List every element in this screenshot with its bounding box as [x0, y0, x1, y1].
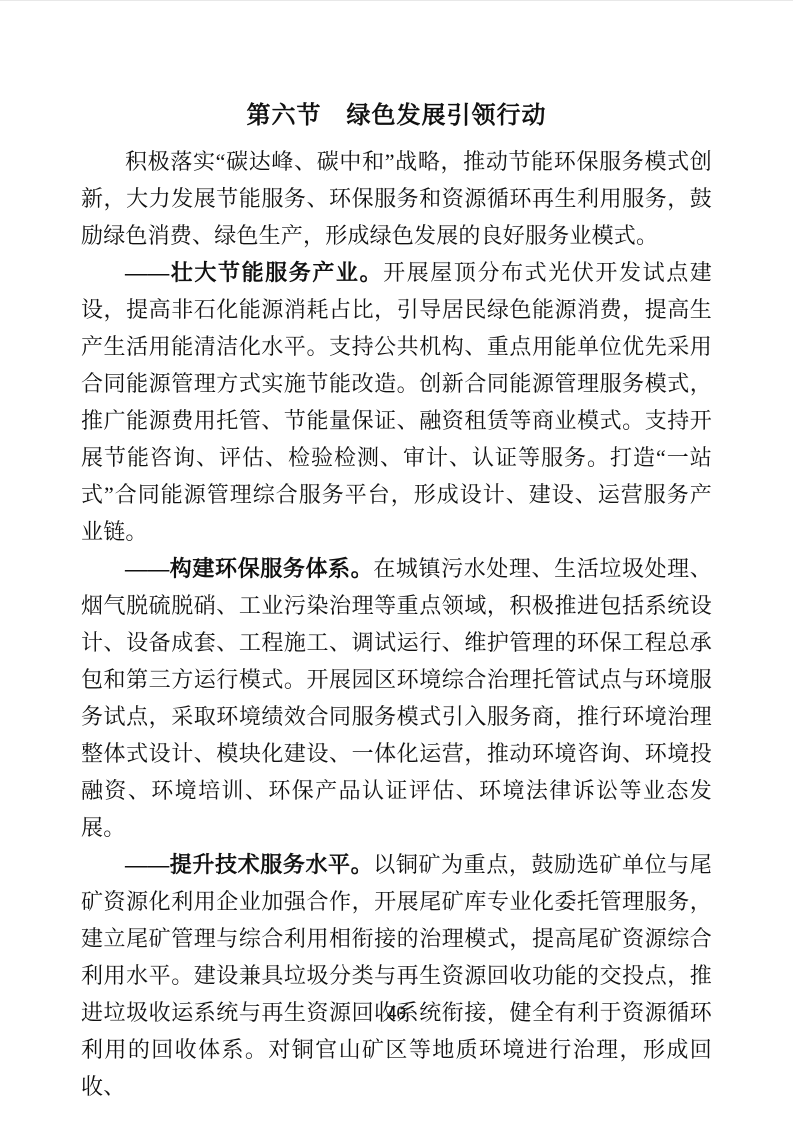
paragraph-lead: ——提升技术服务水平。: [125, 852, 373, 877]
paragraph-lead: ——构建环保服务体系。: [125, 556, 373, 581]
body-paragraph-intro: 积极落实“碳达峰、碳中和”战略，推动节能环保服务模式创新，大力发展节能服务、环保…: [81, 143, 712, 254]
body-paragraph-technical-services: ——提升技术服务水平。以铜矿为重点，鼓励选矿单位与尾矿资源化利用企业加强合作，开…: [81, 846, 712, 1105]
page-number: 40: [0, 1002, 793, 1026]
body-paragraph-energy-saving: ——壮大节能服务产业。开展屋顶分布式光伏开发试点建设，提高非石化能源消耗占比，引…: [81, 254, 712, 550]
page-content: 第六节 绿色发展引领行动 积极落实“碳达峰、碳中和”战略，推动节能环保服务模式创…: [81, 98, 712, 1105]
section-title: 第六节 绿色发展引领行动: [81, 98, 712, 134]
paragraph-lead: ——壮大节能服务产业。: [125, 260, 383, 285]
paragraph-text: 积极落实“碳达峰、碳中和”战略，推动节能环保服务模式创新，大力发展节能服务、环保…: [81, 149, 712, 248]
body-paragraph-environmental-services: ——构建环保服务体系。在城镇污水处理、生活垃圾处理、烟气脱硫脱硝、工业污染治理等…: [81, 550, 712, 846]
paragraph-text: 以铜矿为重点，鼓励选矿单位与尾矿资源化利用企业加强合作，开展尾矿库专业化委托管理…: [81, 852, 712, 1099]
paragraph-text: 开展屋顶分布式光伏开发试点建设，提高非石化能源消耗占比，引导居民绿色能源消费，提…: [81, 260, 712, 544]
paragraph-text: 在城镇污水处理、生活垃圾处理、烟气脱硫脱硝、工业污染治理等重点领域，积极推进包括…: [81, 556, 712, 840]
document-page: 第六节 绿色发展引领行动 积极落实“碳达峰、碳中和”战略，推动节能环保服务模式创…: [0, 0, 793, 1122]
